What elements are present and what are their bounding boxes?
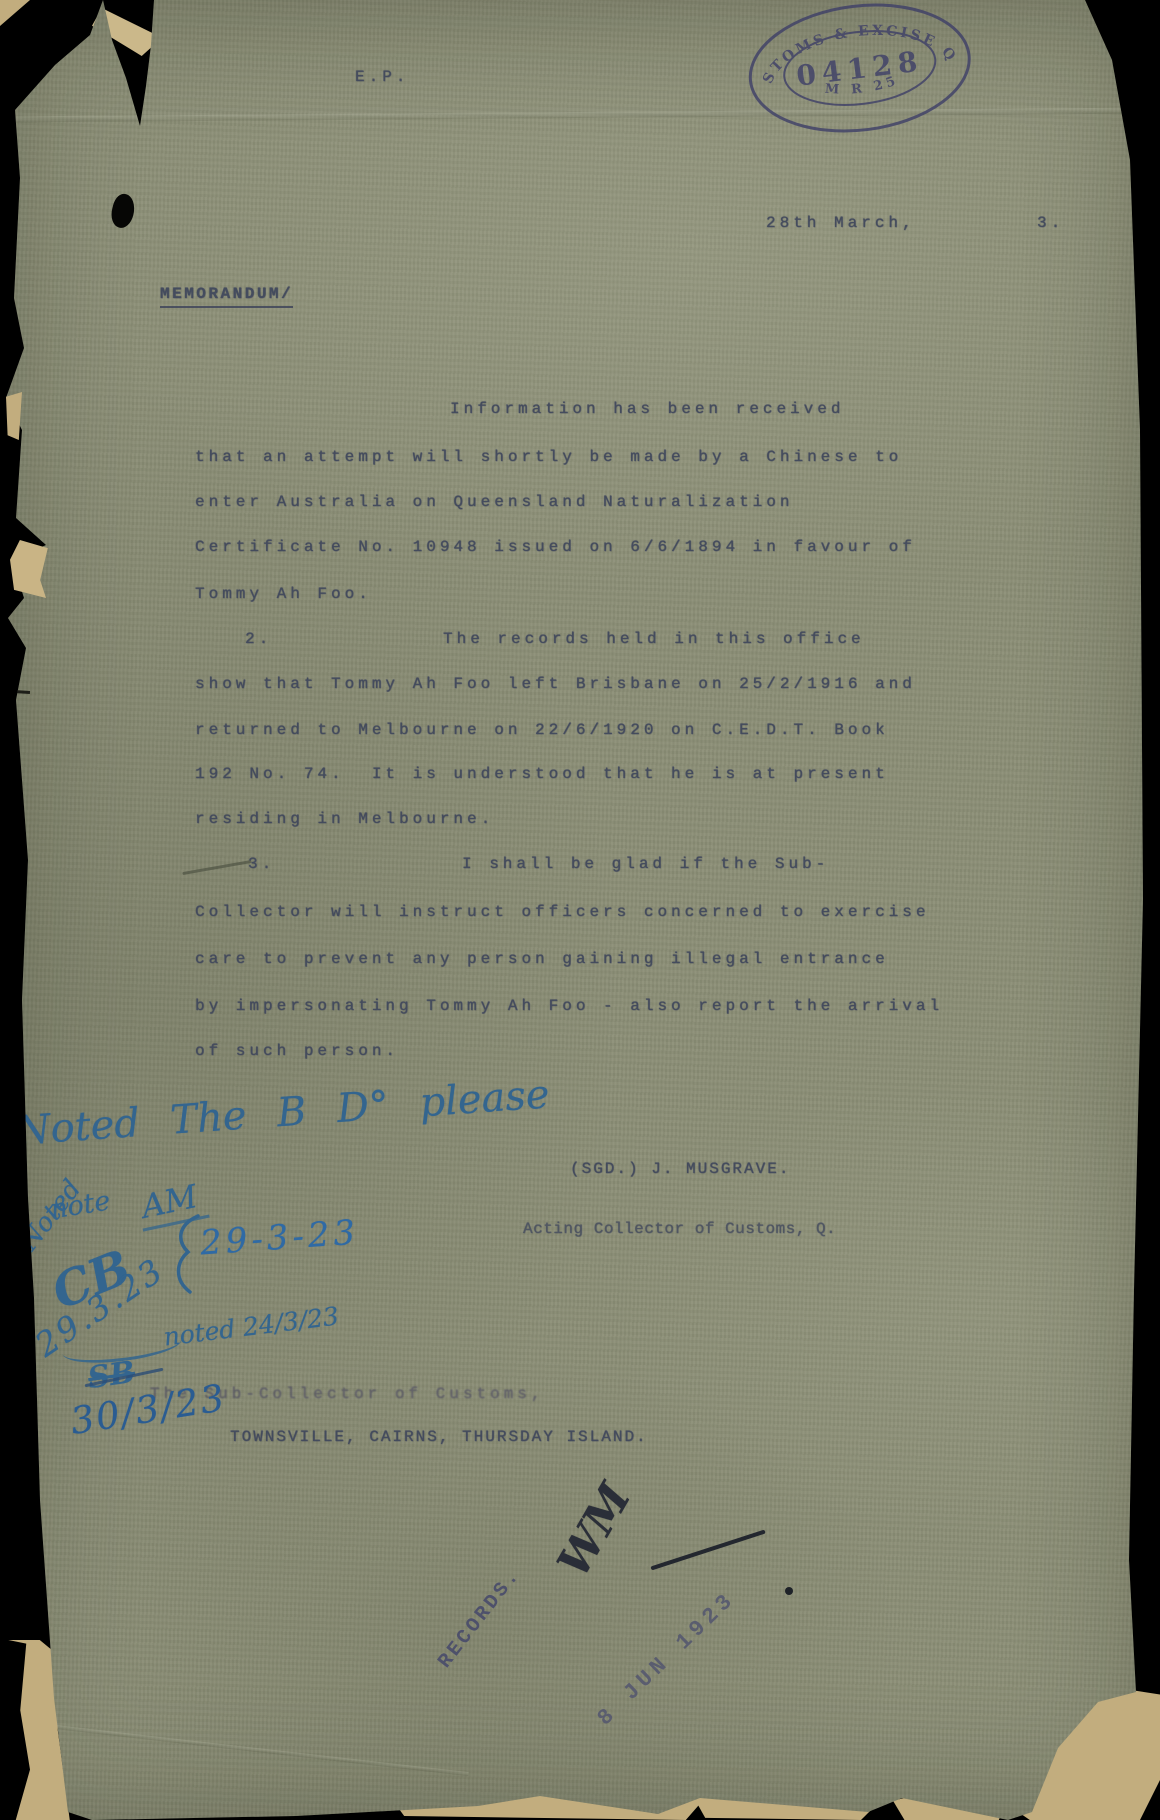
typed-line: 192 No. 74. It is understood that he is … [195,765,889,783]
signature-line: (SGD.) J. MUSGRAVE. [570,1160,790,1178]
torn-edge-left-bit [6,392,22,440]
paragraph-marker: 3. [248,855,275,873]
handwritten-initials-records: WM [548,1475,641,1585]
paragraph-marker: 2. [245,630,272,648]
typed-line: show that Tommy Ah Foo left Brisbane on … [195,675,916,693]
ink-dot [785,1587,793,1595]
typed-line: Tommy Ah Foo. [195,585,372,603]
pencil-dash [182,860,251,875]
date-received-stamp: 8 JUN 1923 [593,1587,741,1731]
handwritten-noted-date: noted 24/3/23 [162,1301,341,1351]
scanned-document: CUSTOMS & EXCISE QLD 04128 M R 25 E.P. 2… [0,0,1160,1820]
torn-edge-corner [0,0,30,26]
handwritten-brace [168,1214,202,1294]
typed-line: that an attempt will shortly be made by … [195,448,902,466]
edge-crack [0,689,30,694]
records-stamp: RECORDS. [434,1564,526,1673]
typed-line: I shall be glad if the Sub- [462,855,829,873]
memorandum-heading: MEMORANDUM/ [160,285,293,308]
fold-crease-bottom [0,1718,469,1776]
handwritten-date-1: 29-3-23 [199,1212,361,1263]
typed-line: residing in Melbourne. [195,810,494,828]
signature-title: Acting Collector of Customs, Q. [523,1220,836,1238]
pen-stroke [650,1530,765,1570]
typed-line: Information has been received [450,400,844,418]
reference-initials: E.P. [355,68,409,86]
typed-line: The records held in this office [443,630,865,648]
date-line: 28th March, [766,214,916,232]
handwritten-note-main: Noted The B D° please [14,1071,551,1154]
document-page: CUSTOMS & EXCISE QLD 04128 M R 25 E.P. 2… [0,0,1160,1820]
typed-line: enter Australia on Queensland Naturaliza… [195,493,793,511]
typed-line: by impersonating Tommy Ah Foo - also rep… [195,997,943,1015]
typed-line: returned to Melbourne on 22/6/1920 on C.… [195,721,889,739]
customs-number-stamp: CUSTOMS & EXCISE QLD 04128 M R 25 [732,0,987,154]
typed-line: Certificate No. 10948 issued on 6/6/1894… [195,538,916,556]
recipient-locations: TOWNSVILLE, CAIRNS, THURSDAY ISLAND. [230,1428,648,1446]
typed-line: Collector will instruct officers concern… [195,903,929,921]
typed-line: care to prevent any person gaining illeg… [195,950,889,968]
page-number: 3. [1037,214,1064,232]
typed-line: of such person. [195,1042,399,1060]
tear-hole [108,192,138,230]
